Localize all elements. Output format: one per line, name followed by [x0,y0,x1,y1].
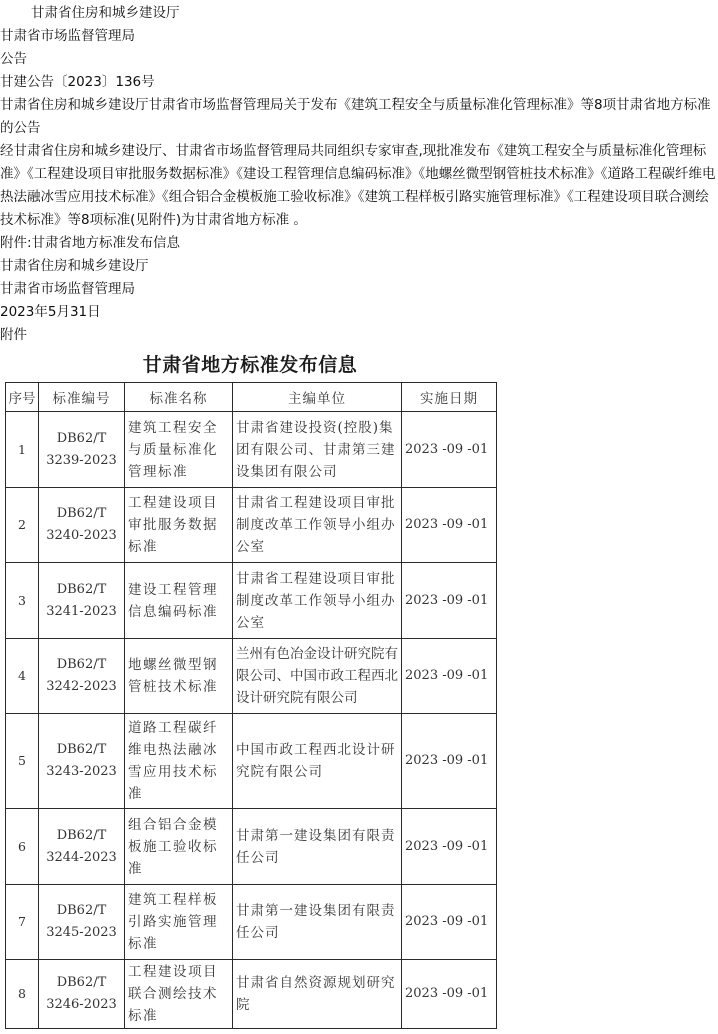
code-prefix: DB62/T [57,506,107,521]
table-row: 8 DB62/T3246-2023 工程建设项目联合测绘技术标准 甘肃省自然资源… [6,960,497,1029]
row-org: 甘肃省工程建设项目审批制度改革工作领导小组办公室 [233,563,402,639]
row-org: 兰州有色冶金设计研究院有限公司、中国市政工程西北设计研究院有限公司 [233,639,402,714]
row-index: 3 [6,563,39,639]
table-row: 2 DB62/T3240-2023 工程建设项目审批服务数据标准 甘肃省工程建设… [6,488,497,563]
row-name: 组合铝合金模板施工验收标准 [125,809,233,885]
row-name: 工程建设项目联合测绘技术标准 [125,960,233,1029]
signature-market-bureau: 甘肃省市场监督管理局 [0,278,716,301]
table-row: 4 DB62/T3242-2023 地螺丝微型钢管桩技术标准 兰州有色冶金设计研… [6,639,497,714]
signature-housing-dept: 甘肃省住房和城乡建设厅 [0,255,716,278]
row-date: 2023 -09 -01 [402,639,497,714]
code-number: 3239-2023 [46,453,117,468]
header-date: 实施日期 [402,383,497,412]
code-number: 3243-2023 [46,764,117,779]
row-date: 2023 -09 -01 [402,885,497,960]
header-name: 标准名称 [125,383,233,412]
row-org: 中国市政工程西北设计研究院有限公司 [233,714,402,809]
table-header-row: 序号 标准编号 标准名称 主编单位 实施日期 [6,383,497,412]
header-index: 序号 [6,383,39,412]
row-index: 6 [6,809,39,885]
row-org: 甘肃省工程建设项目审批制度改革工作领导小组办公室 [233,488,402,563]
row-code: DB62/T3241-2023 [39,563,125,639]
row-org: 甘肃第一建设集团有限责任公司 [233,885,402,960]
notice-body: 甘肃省住房和城乡建设厅 甘肃省市场监督管理局 公告 甘建公告〔2023〕136号… [0,2,716,347]
table-row: 3 DB62/T3241-2023 建设工程管理信息编码标准 甘肃省工程建设项目… [6,563,497,639]
issuer-housing-dept: 甘肃省住房和城乡建设厅 [0,2,716,25]
code-prefix: DB62/T [57,975,107,990]
code-number: 3245-2023 [46,925,117,940]
code-prefix: DB62/T [57,742,107,757]
row-name: 建设工程管理信息编码标准 [125,563,233,639]
code-prefix: DB62/T [57,657,107,672]
table-row: 1 DB62/T3239-2023 建筑工程安全与质量标准化管理标准 甘肃省建设… [6,412,497,488]
row-org: 甘肃省建设投资(控股)集团有限公司、甘肃第三建设集团有限公司 [233,412,402,488]
row-date: 2023 -09 -01 [402,809,497,885]
code-number: 3246-2023 [46,997,117,1012]
row-index: 7 [6,885,39,960]
row-code: DB62/T3246-2023 [39,960,125,1029]
notice-date: 2023年5月31日 [0,301,716,324]
code-number: 3241-2023 [46,604,117,619]
row-code: DB62/T3240-2023 [39,488,125,563]
row-index: 4 [6,639,39,714]
table-row: 6 DB62/T3244-2023 组合铝合金模板施工验收标准 甘肃第一建设集团… [6,809,497,885]
notice-number: 甘建公告〔2023〕136号 [0,71,716,94]
header-org: 主编单位 [233,383,402,412]
table-row: 5 DB62/T3243-2023 道路工程碳纤维电热法融冰雪应用技术标准 中国… [6,714,497,809]
row-name: 地螺丝微型钢管桩技术标准 [125,639,233,714]
row-org: 甘肃第一建设集团有限责任公司 [233,809,402,885]
row-name: 建筑工程安全与质量标准化管理标准 [125,412,233,488]
notice-subject: 甘肃省住房和城乡建设厅甘肃省市场监督管理局关于发布《建筑工程安全与质量标准化管理… [0,94,716,140]
row-index: 1 [6,412,39,488]
table-row: 7 DB62/T3245-2023 建筑工程样板引路实施管理标准 甘肃第一建设集… [6,885,497,960]
row-date: 2023 -09 -01 [402,714,497,809]
code-number: 3244-2023 [46,850,117,865]
issuer-market-bureau: 甘肃省市场监督管理局 [0,25,716,48]
code-prefix: DB62/T [57,903,107,918]
row-name: 工程建设项目审批服务数据标准 [125,488,233,563]
row-date: 2023 -09 -01 [402,960,497,1029]
code-number: 3240-2023 [46,528,117,543]
header-code: 标准编号 [39,383,125,412]
row-index: 8 [6,960,39,1029]
code-prefix: DB62/T [57,828,107,843]
row-date: 2023 -09 -01 [402,412,497,488]
notice-content: 经甘肃省住房和城乡建设厅、甘肃省市场监督管理局共同组织专家审查,现批准发布《建筑… [0,140,716,232]
row-index: 5 [6,714,39,809]
code-prefix: DB62/T [57,582,107,597]
row-code: DB62/T3239-2023 [39,412,125,488]
row-name: 建筑工程样板引路实施管理标准 [125,885,233,960]
attachment-title: 甘肃省地方标准发布信息 [0,350,500,377]
row-name: 道路工程碳纤维电热法融冰雪应用技术标准 [125,714,233,809]
code-prefix: DB62/T [57,431,107,446]
row-code: DB62/T3245-2023 [39,885,125,960]
row-code: DB62/T3244-2023 [39,809,125,885]
row-code: DB62/T3243-2023 [39,714,125,809]
attachment-label: 附件 [0,324,716,347]
row-org: 甘肃省自然资源规划研究院 [233,960,402,1029]
attachment-reference: 附件:甘肃省地方标准发布信息 [0,232,716,255]
standards-table: 序号 标准编号 标准名称 主编单位 实施日期 1 DB62/T3239-2023… [5,382,497,1029]
row-date: 2023 -09 -01 [402,488,497,563]
row-date: 2023 -09 -01 [402,563,497,639]
row-code: DB62/T3242-2023 [39,639,125,714]
code-number: 3242-2023 [46,679,117,694]
notice-type: 公告 [0,48,716,71]
row-index: 2 [6,488,39,563]
